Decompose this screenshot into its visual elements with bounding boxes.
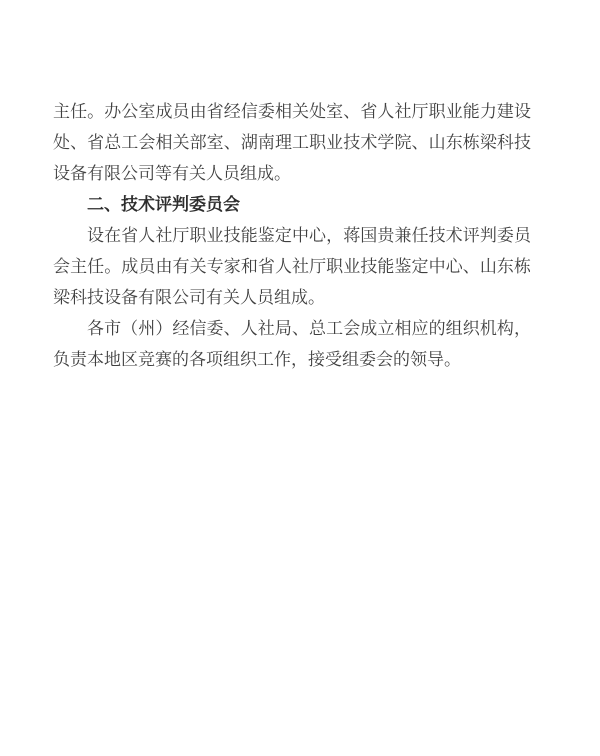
body-line: 设备有限公司等有关人员组成。 bbox=[53, 158, 531, 189]
paragraph-judging-committee: 设在省人社厅职业技能鉴定中心，蒋国贵兼任技术评判委员 会主任。成员由有关专家和省… bbox=[53, 220, 531, 313]
paragraph-local-organizations: 各市（州）经信委、人社局、总工会成立相应的组织机构， 负责本地区竞赛的各项组织工… bbox=[53, 313, 531, 375]
body-line: 各市（州）经信委、人社局、总工会成立相应的组织机构， bbox=[53, 313, 531, 344]
paragraph-office-members: 主任。办公室成员由省经信委相关处室、省人社厅职业能力建设 处、省总工会相关部室、… bbox=[53, 96, 531, 189]
document-body: 主任。办公室成员由省经信委相关处室、省人社厅职业能力建设 处、省总工会相关部室、… bbox=[53, 96, 531, 375]
section-heading-technical-judging-committee: 二、技术评判委员会 bbox=[53, 189, 531, 220]
body-line: 处、省总工会相关部室、湖南理工职业技术学院、山东栋梁科技 bbox=[53, 127, 531, 158]
body-line: 负责本地区竞赛的各项组织工作，接受组委会的领导。 bbox=[53, 344, 531, 375]
body-line: 梁科技设备有限公司有关人员组成。 bbox=[53, 282, 531, 313]
body-line: 设在省人社厅职业技能鉴定中心，蒋国贵兼任技术评判委员 bbox=[53, 220, 531, 251]
body-line: 主任。办公室成员由省经信委相关处室、省人社厅职业能力建设 bbox=[53, 96, 531, 127]
body-line: 会主任。成员由有关专家和省人社厅职业技能鉴定中心、山东栋 bbox=[53, 251, 531, 282]
document-page: 主任。办公室成员由省经信委相关处室、省人社厅职业能力建设 处、省总工会相关部室、… bbox=[0, 0, 600, 756]
